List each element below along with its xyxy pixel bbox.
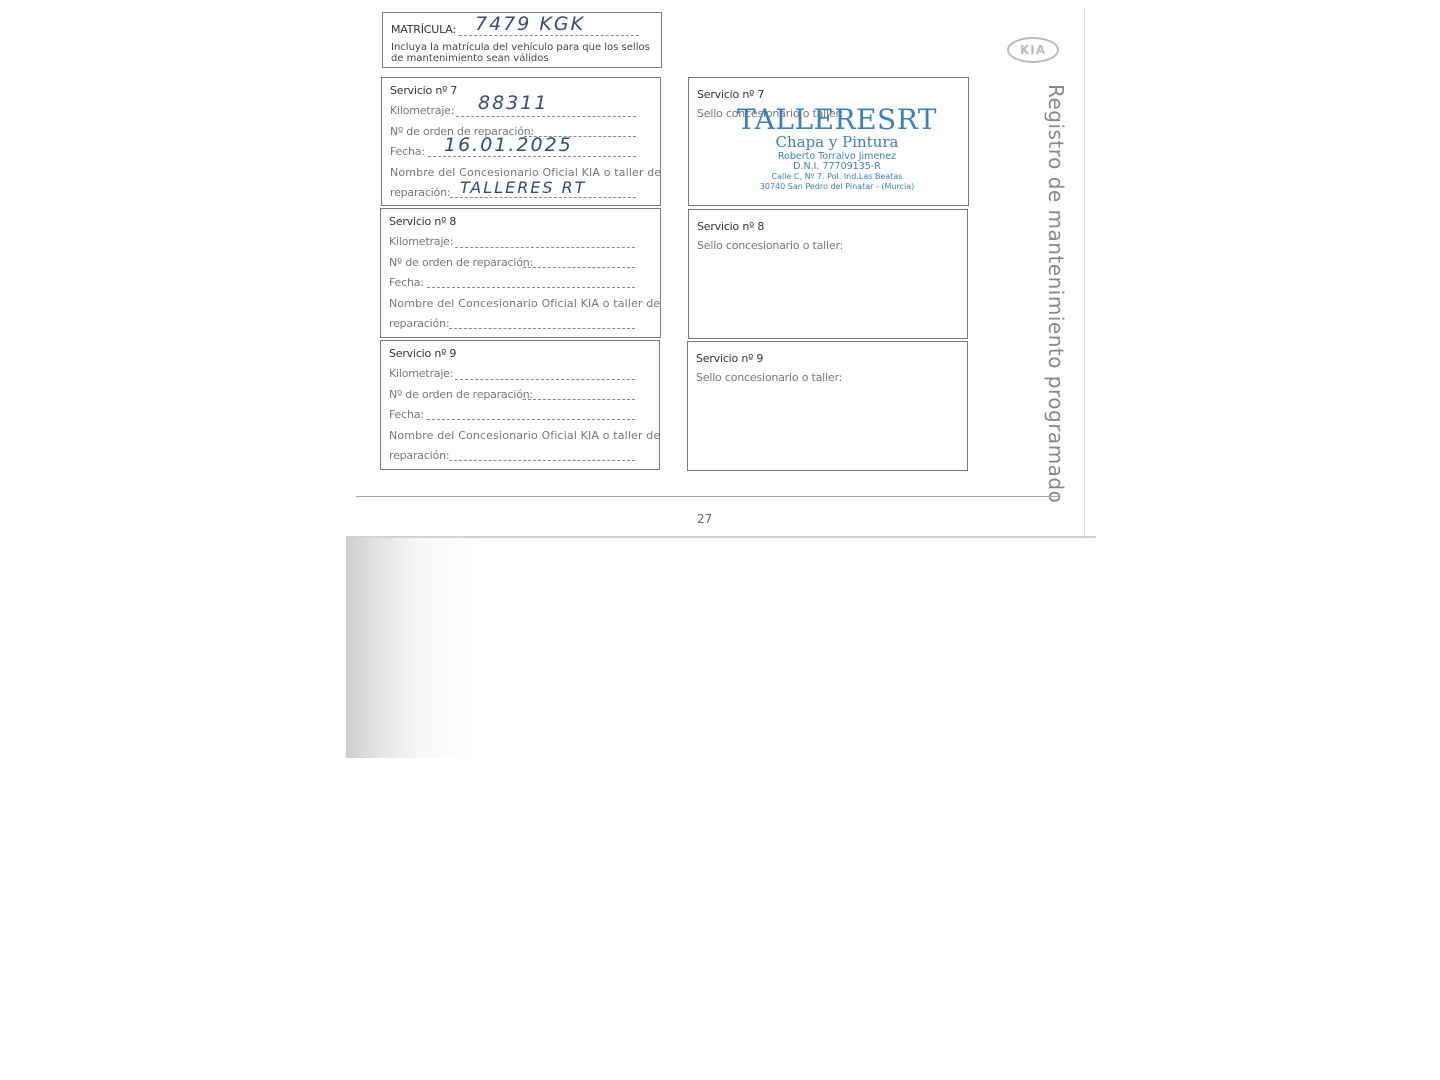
service-box-8: Servicio nº 8 Kilometraje: Nº de orden d… — [380, 208, 661, 338]
stamp-city: 30740 San Pedro del Pinatar - (Murcia) — [719, 182, 955, 192]
dealer-label-2: reparación: — [389, 449, 449, 462]
stamp-address: Calle C, Nº 7. Pol. Ind.Las Beatas — [719, 172, 955, 182]
order-label: Nº de orden de reparación: — [389, 388, 533, 401]
stamp-sub: Chapa y Pintura — [719, 134, 955, 150]
date-label: Fecha: — [389, 408, 424, 421]
km-line — [455, 379, 635, 380]
workshop-stamp: TALLERESRT Chapa y Pintura Roberto Torra… — [719, 106, 955, 192]
km-line — [455, 247, 635, 248]
kia-logo-icon: KIA — [1007, 37, 1059, 63]
stamp-box-8: Servicio nº 8 Sello concesionario o tall… — [688, 209, 968, 339]
stamp-dni: D.N.I. 77709135-R — [719, 162, 955, 172]
stamp-name: TALLERESRT — [719, 106, 955, 134]
dealer-label-2: reparación: — [389, 317, 449, 330]
km-line — [456, 116, 636, 117]
stamp-box-9: Servicio nº 9 Sello concesionario o tall… — [687, 341, 968, 471]
section-title: Registro de mantenimiento programado — [1044, 84, 1068, 503]
stamp-box-7: Servicio nº 7 Sello concesionario o tall… — [688, 77, 969, 206]
matricula-label: MATRÍCULA: — [391, 23, 456, 36]
dealer-label: Nombre del Concesionario Oficial KIA o t… — [389, 429, 660, 442]
service-title: Servicio nº 9 — [389, 347, 456, 360]
dealer-line — [450, 197, 636, 198]
dealer-line — [449, 460, 635, 461]
stamp-label: Sello concesionario o taller: — [697, 239, 843, 252]
dealer-label-2: reparación: — [390, 186, 450, 199]
date-value: 16.01.2025 — [444, 134, 573, 156]
km-label: Kilometraje: — [389, 235, 453, 248]
date-line — [428, 156, 636, 157]
service-title: Servicio nº 7 — [390, 84, 457, 97]
date-label: Fecha: — [389, 276, 424, 289]
date-line — [427, 419, 635, 420]
order-label: Nº de orden de reparación: — [389, 256, 533, 269]
service-title: Servicio nº 8 — [389, 215, 456, 228]
scan-shadow — [346, 538, 1096, 758]
stamp-label: Sello concesionario o taller: — [696, 371, 842, 384]
matricula-note: Incluya la matrícula del vehículo para q… — [391, 42, 656, 64]
page-number: 27 — [697, 512, 712, 526]
order-line — [523, 267, 635, 268]
stamp-title: Servicio nº 7 — [697, 88, 764, 101]
order-line — [523, 399, 635, 400]
stamp-title: Servicio nº 9 — [696, 352, 763, 365]
matricula-box: MATRÍCULA: 7479 KGK Incluya la matrícula… — [382, 12, 662, 68]
service-box-7: Servicio nº 7 Kilometraje: 88311 Nº de o… — [381, 77, 661, 206]
km-value: 88311 — [478, 92, 548, 114]
page-right-edge — [1084, 8, 1085, 538]
dealer-value: TALLERES RT — [460, 178, 587, 197]
matricula-value: 7479 KGK — [475, 13, 585, 35]
service-box-9: Servicio nº 9 Kilometraje: Nº de orden d… — [380, 340, 660, 470]
footer-divider — [356, 496, 1059, 497]
date-label: Fecha: — [390, 145, 425, 158]
dealer-label: Nombre del Concesionario Oficial KIA o t… — [389, 297, 660, 310]
stamp-title: Servicio nº 8 — [697, 220, 764, 233]
dealer-line — [449, 328, 635, 329]
matricula-line — [459, 35, 639, 36]
km-label: Kilometraje: — [390, 104, 454, 117]
km-label: Kilometraje: — [389, 367, 453, 380]
date-line — [427, 287, 635, 288]
